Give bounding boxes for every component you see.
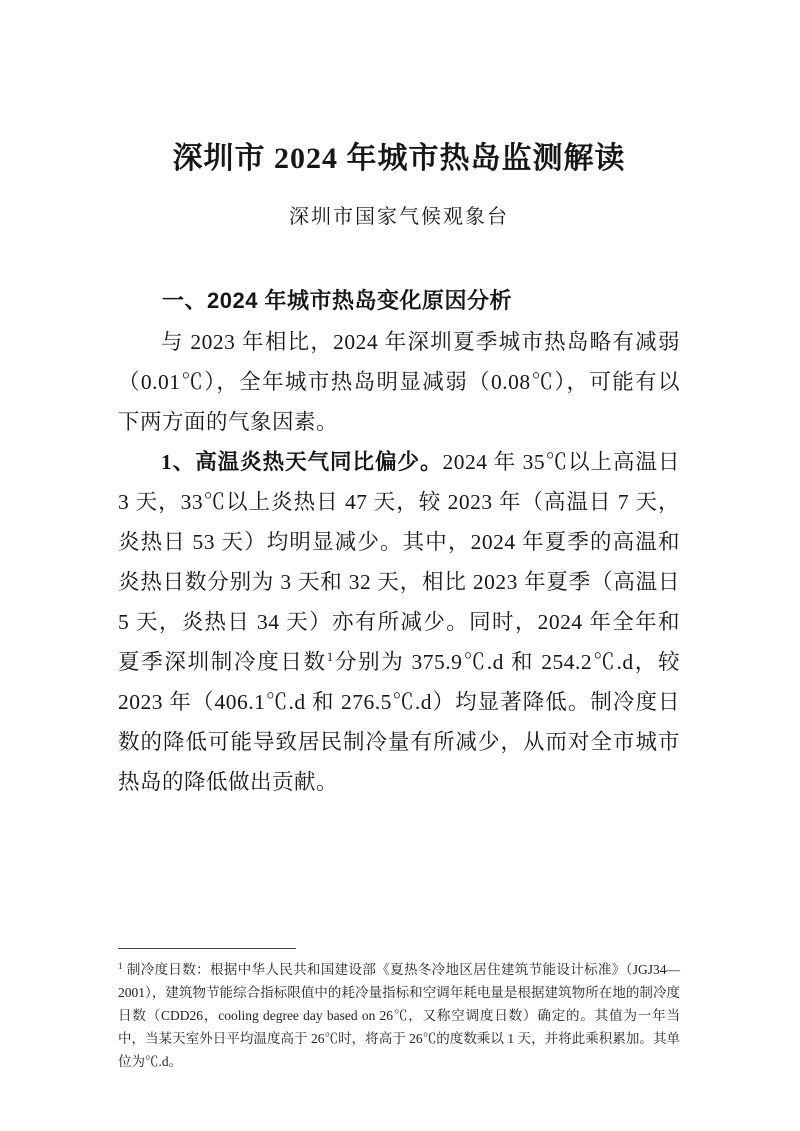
paragraph-2-lead: 1、高温炎热天气同比偏少。 [161,450,442,474]
footnote-reference: 1 [327,649,334,664]
section-heading: 一、2024 年城市热岛变化原因分析 [118,288,680,314]
footnote-marker: 1 [118,961,123,971]
paragraph-1-text: 与 2023 年相比，2024 年深圳夏季城市热岛略有减弱（0.01℃），全年城… [118,330,680,434]
document-title: 深圳市 2024 年城市热岛监测解读 [118,141,680,177]
footnote-separator-rule [118,948,296,949]
paragraph-2: 1、高温炎热天气同比偏少。2024 年 35℃以上高温日 3 天，33℃以上炎热… [118,442,680,802]
document-content: 深圳市 2024 年城市热岛监测解读 深圳市国家气候观象台 一、2024 年城市… [118,0,680,802]
footnote-area: 1制冷度日数：根据中华人民共和国建设部《夏热冬冷地区居住建筑节能设计标准》（JG… [118,948,680,1073]
footnote: 1制冷度日数：根据中华人民共和国建设部《夏热冬冷地区居住建筑节能设计标准》（JG… [118,958,680,1073]
paragraph-1: 与 2023 年相比，2024 年深圳夏季城市热岛略有减弱（0.01℃），全年城… [118,322,680,442]
paragraph-2-text-before-ref: 2024 年 35℃以上高温日 3 天，33℃以上炎热日 47 天，较 2023… [118,450,680,674]
footnote-text: 制冷度日数：根据中华人民共和国建设部《夏热冬冷地区居住建筑节能设计标准》（JGJ… [118,962,680,1069]
document-subtitle: 深圳市国家气候观象台 [118,203,680,231]
document-page: 深圳市 2024 年城市热岛监测解读 深圳市国家气候观象台 一、2024 年城市… [0,0,800,1131]
